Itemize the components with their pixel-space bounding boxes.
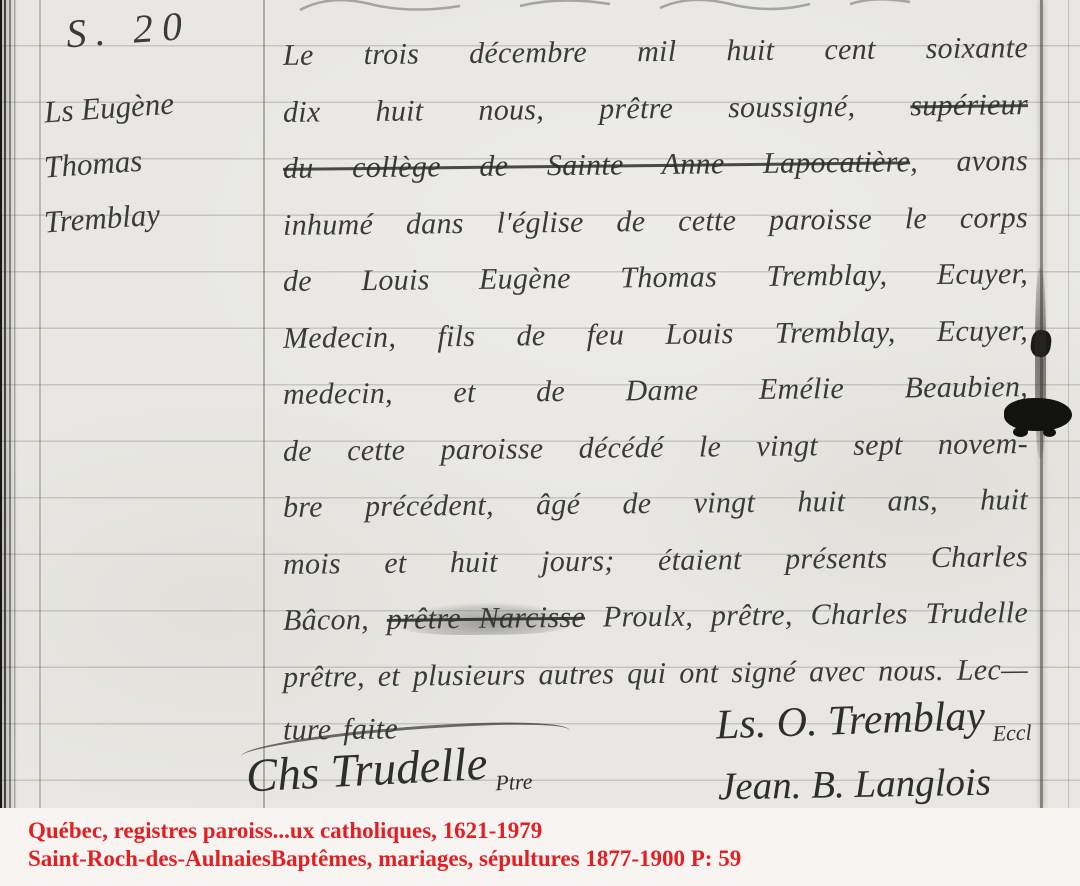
record-line: mois et huit jours; étaient présents Cha…: [283, 539, 1028, 583]
record-line: Bâcon, prêtre Narcisse Proulx, prêtre, C…: [283, 595, 1028, 639]
signature: Jean. B. Langlois: [718, 760, 992, 808]
record-line: medecin, et de Dame Emélie Beaubien,: [283, 369, 1028, 413]
record-text-segment: , avons: [910, 144, 1028, 178]
signature-name: Jean. B. Langlois: [718, 761, 992, 808]
record-line: de Louis Eugène Thomas Tremblay, Ecuyer,: [283, 256, 1028, 300]
record-viewer-page: S. 20 Ls EugèneThomasTremblay Le trois d…: [0, 0, 1080, 886]
record-line: prêtre, et plusieurs autres qui ont sign…: [283, 652, 1028, 696]
record-line: de cette paroisse décédé le vingt sept n…: [283, 426, 1028, 470]
record-line: du collège de Sainte Anne Lapocatière, a…: [283, 143, 1028, 187]
record-text-segment: Medecin, fils de feu Louis Tremblay, Ecu…: [283, 314, 1028, 355]
ink-blot-bump: [1013, 427, 1028, 437]
signature: Ls. O. TremblayEccl: [715, 691, 1032, 757]
record-text-segment: de Louis Eugène Thomas Tremblay, Ecuyer,: [283, 257, 1028, 298]
record-text-segment: prêtre, et plusieurs autres qui ont sign…: [283, 653, 1028, 694]
record-text-segment: Proulx, prêtre, Charles Trudelle: [585, 596, 1028, 634]
record-text-segment: de cette paroisse décédé le vingt sept n…: [283, 427, 1028, 468]
record-text-segment: Le trois décembre mil huit cent soixante: [283, 31, 1028, 72]
register-scan: S. 20 Ls EugèneThomasTremblay Le trois d…: [0, 0, 1080, 808]
record-text-segment: mois et huit jours; étaient présents Cha…: [283, 540, 1028, 581]
record-line: Le trois décembre mil huit cent soixante: [283, 30, 1028, 74]
struck-text: du collège de Sainte Anne Lapocatière: [283, 145, 910, 185]
struck-text: prêtre Narcisse: [387, 601, 586, 636]
record-text-segment: inhumé dans l'église de cette paroisse l…: [283, 201, 1028, 242]
signature-name: Chs Trudelle: [245, 738, 489, 803]
signature-title: Eccl: [992, 719, 1032, 745]
record-text-segment: dix huit nous, prêtre soussigné,: [283, 89, 911, 129]
record-text-segment: bre précédent, âgé de vingt huit ans, hu…: [283, 483, 1028, 524]
record-line: bre précédent, âgé de vingt huit ans, hu…: [283, 482, 1028, 526]
source-volume-page: Saint-Roch-des-AulnaiesBaptêmes, mariage…: [28, 845, 1080, 873]
struck-text: supérieur: [910, 88, 1028, 122]
record-line: inhumé dans l'église de cette paroisse l…: [283, 200, 1028, 244]
record-text-segment: medecin, et de Dame Emélie Beaubien,: [283, 370, 1028, 411]
ink-blot-large: [1004, 398, 1072, 431]
record-line: dix huit nous, prêtre soussigné, supérie…: [283, 87, 1028, 131]
ink-blot-bump: [1043, 428, 1056, 437]
source-caption-band: Québec, registres paroiss...ux catholiqu…: [0, 808, 1080, 886]
signature-title: Ptre: [495, 769, 533, 796]
record-text-segment: Bâcon,: [283, 603, 387, 637]
source-collection-title: Québec, registres paroiss...ux catholiqu…: [28, 808, 1080, 845]
record-text: Le trois décembre mil huit cent soixante…: [0, 0, 1080, 808]
signature-name: Ls. O. Tremblay: [715, 693, 986, 748]
record-line: Medecin, fils de feu Louis Tremblay, Ecu…: [283, 313, 1028, 357]
